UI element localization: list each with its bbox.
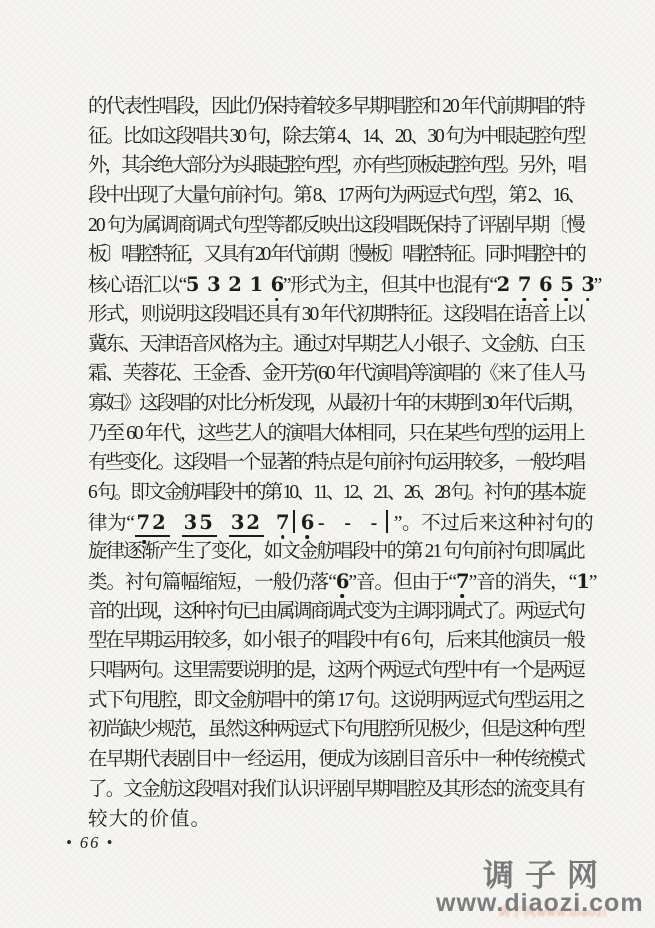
jianpu-note-low-octave: 7 — [518, 273, 530, 296]
jianpu-note: 3 — [231, 511, 247, 534]
text-segment: ” — [594, 275, 601, 296]
jianpu-beam-group: 35 — [182, 513, 217, 537]
jianpu-beam-group: 72 — [135, 513, 170, 537]
text-line: 了。文金舫这段唱对我们认识评剧早期唱腔及其形态的流变具有 — [88, 775, 584, 805]
text-line: 霜、芙蓉花、王金香、金开芳(60 年代演唱)等演唱的《来了佳人马 — [88, 359, 584, 389]
text-line: 征。比如这段唱共 30 句，除去第 4、14、20、30 句为中眼起腔句型 — [88, 122, 584, 152]
jianpu-note: 2 — [228, 273, 240, 296]
text-line: 寡妇》这段唱的对比分析发现，从最初十年的末期到 30 年代后期， — [88, 389, 584, 419]
text-line: 式下句甩腔，即文金舫唱中的第 17 句。这说明两逗式句型运用之 — [88, 686, 584, 716]
jianpu-duration-dashes: - - - — [318, 513, 378, 534]
jianpu-note: 5 — [199, 511, 215, 534]
jianpu-note-low-octave: 7 — [137, 511, 153, 534]
text-line: 音的出现，这种衬句已由属调商调式变为主调羽调式了。两逗式句 — [88, 597, 584, 627]
text-line: 6 句。即文金舫唱段中的第 10、11、12、21、26、28 句。衬句的基本旋 — [88, 478, 584, 508]
text-segment: 律为“ — [88, 513, 135, 534]
jianpu-note: 2 — [497, 273, 509, 296]
jianpu-note-low-octave: 7 — [456, 570, 469, 593]
body-text: 的代表性唱段，因此仍保持着较多早期唱腔和 20 年代前期唱的特 征。比如这段唱共… — [88, 92, 584, 834]
text-line: 初尚缺少规范，虽然这种两逗式下句甩腔所见极少，但是这种句型 — [88, 715, 584, 745]
page-number: • 66 • — [66, 833, 114, 853]
jianpu-note-low-octave: 6 — [336, 570, 349, 593]
text-segment: 类。衬句篇幅缩短，一般仍落“ — [88, 572, 336, 593]
text-line: 段中出现了大量句前衬句。第 8、17 两句为两逗式句型，第 2、16、 — [88, 181, 584, 211]
jianpu-note-low-octave: 3 — [581, 273, 593, 296]
text-line: 乃至 60 年代，这些艺人的演唱大体相同，只在某些句型的运用上 — [88, 419, 584, 449]
text-line: 外，其余绝大部分为头眼起腔句型，亦有些顶板起腔句型。另外，唱 — [88, 151, 584, 181]
jianpu-note: 1 — [249, 273, 261, 296]
measure-barline — [293, 510, 295, 533]
jianpu-note-low-octave: 5 — [560, 273, 572, 296]
text-line: 较大的价值。 — [88, 805, 584, 835]
text-segment: ”。不过后来这种衬句的 — [394, 513, 593, 534]
text-line: 形式，则说明这段唱还具有 30 年代初期特征。这段唱在语音上以 — [88, 300, 584, 330]
jianpu-note: 2 — [152, 511, 168, 534]
text-segment: ” — [589, 572, 597, 593]
text-line: 20 句为属调商调式句型等都反映出这段唱既保持了评剧早期〔慢 — [88, 211, 584, 241]
text-line: 的代表性唱段，因此仍保持着较多早期唱腔和 20 年代前期唱的特 — [88, 92, 584, 122]
measure-barline — [386, 510, 388, 533]
text-segment: ”音的消失，“ — [469, 572, 577, 593]
watermark-url: www.diaozi.com — [436, 889, 644, 918]
jianpu-note-low-octave: 6 — [539, 273, 551, 296]
text-line-with-notation: 类。衬句篇幅缩短，一般仍落“6”音。但由于“7”音的消失，“1” — [88, 567, 584, 597]
text-segment: 核心语汇以“ — [88, 275, 186, 296]
text-line-with-notation: 律为“72353276- - -”。不过后来这种衬句的 — [88, 508, 584, 538]
text-segment: ”音。但由于“ — [348, 572, 456, 593]
text-line: 板〕唱腔特征，又具有 20 年代前期〔慢板〕唱腔特征。同时唱腔中的 — [88, 240, 584, 270]
jianpu-note: 1 — [576, 570, 589, 593]
text-line-with-notation: 核心语汇以“53216”形式为主，但其中也混有“27653” — [88, 270, 584, 300]
jianpu-beam-group: 32 — [229, 513, 264, 537]
jianpu-note-low-octave: 7 — [276, 511, 289, 534]
text-line: 只唱两句。这里需要说明的是，这两个两逗式句型中有一个是两逗 — [88, 656, 584, 686]
text-line: 有些变化。这段唱一个显著的特点是句前衬句运用较多，一般均唱 — [88, 448, 584, 478]
text-segment: ”形式为主，但其中也混有“ — [283, 275, 497, 296]
text-line: 冀东、天津语音风格为主。通过对早期艺人小银子、文金舫、白玉 — [88, 330, 584, 360]
scanned-book-page: 的代表性唱段，因此仍保持着较多早期唱腔和 20 年代前期唱的特 征。比如这段唱共… — [0, 0, 655, 928]
jianpu-note-low-octave: 6 — [301, 511, 314, 534]
text-line: 型在早期运用较多，如小银子的唱段中有 6 句，后来其他演员一般 — [88, 626, 584, 656]
jianpu-note: 3 — [184, 511, 200, 534]
jianpu-note-low-octave: 6 — [271, 273, 283, 296]
text-line: 旋律逐渐产生了变化，如文金舫唱段中的第 21 句句前衬句即属此 — [88, 537, 584, 567]
jianpu-note: 5 — [186, 273, 198, 296]
text-line: 在早期代表剧目中一经运用，便成为该剧目音乐中一种传统模式 — [88, 745, 584, 775]
jianpu-note: 3 — [207, 273, 219, 296]
jianpu-note: 2 — [246, 511, 262, 534]
